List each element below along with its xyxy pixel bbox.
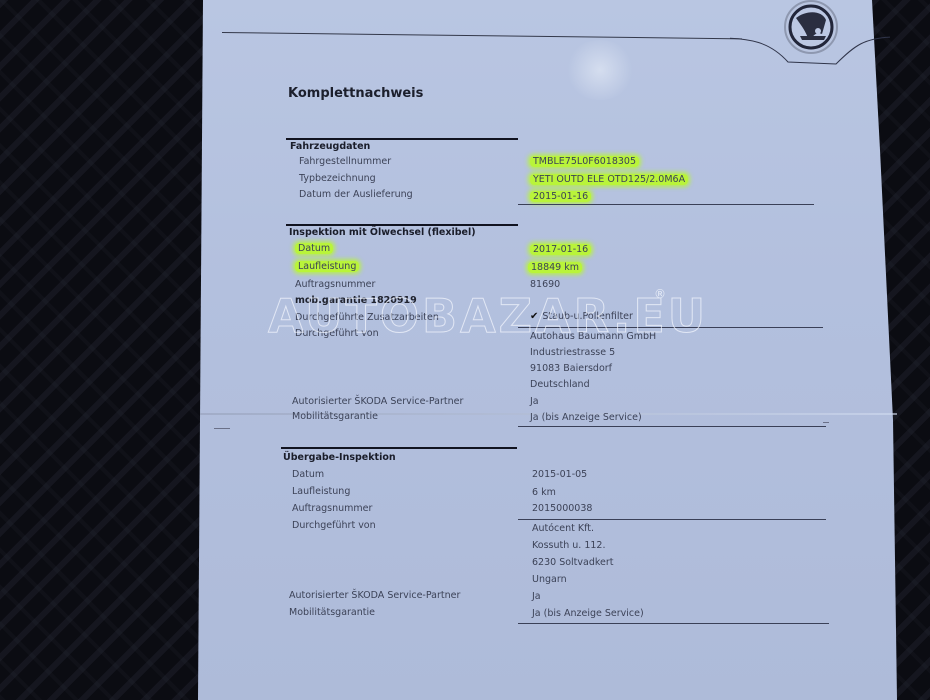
section-heading-vehicle: Fahrzeugdaten: [290, 141, 370, 152]
section-heading-handover: Übergabe-Inspektion: [283, 452, 396, 463]
section-rule: [286, 224, 518, 226]
label-handover-mobility: Mobilitätsgarantie: [289, 607, 375, 618]
handover-dealer-country: Ungarn: [532, 574, 567, 585]
value-rule: [518, 623, 829, 624]
value-type: YETI OUTD ELE OTD125/2.0M6A: [530, 174, 688, 185]
label-authorized-partner: Autorisierter ŠKODA Service-Partner: [292, 396, 463, 407]
value-authorized-partner: Ja: [530, 396, 539, 407]
dealer-street: Industriestrasse 5: [530, 347, 615, 358]
autobazar-watermark: AUTOBAZAR.EU: [268, 289, 708, 343]
skoda-logo-icon: [730, 0, 890, 70]
dealer-country: Deutschland: [530, 379, 590, 390]
dealer-city: 91083 Baiersdorf: [530, 363, 612, 374]
handover-dealer-street: Kossuth u. 112.: [532, 540, 605, 551]
value-handover-mileage: 6 km: [532, 487, 556, 498]
value-rule: [518, 426, 826, 427]
document-page: [0, 0, 930, 700]
document-title: Komplettnachweis: [288, 86, 423, 101]
label-handover-date: Datum: [292, 469, 324, 480]
label-delivery-date: Datum der Auslieferung: [299, 189, 413, 200]
label-handover-performed-by: Durchgeführt von: [292, 520, 376, 531]
registered-mark-icon: ®: [654, 287, 666, 301]
value-inspection-date: 2017-01-16: [530, 244, 591, 255]
label-inspection-date: Datum: [295, 243, 333, 254]
handover-dealer-city: 6230 Soltvadkert: [532, 557, 614, 568]
value-handover-date: 2015-01-05: [532, 469, 587, 480]
value-handover-mobility: Ja (bis Anzeige Service): [532, 608, 644, 619]
value-delivery-date: 2015-01-16: [530, 191, 591, 202]
section-heading-inspection: Inspektion mit Ölwechsel (flexibel): [289, 227, 476, 238]
label-handover-authorized-partner: Autorisierter ŠKODA Service-Partner: [289, 590, 460, 601]
section-rule: [286, 138, 518, 140]
margin-tick: [214, 428, 230, 429]
label-mobility-guarantee: Mobilitätsgarantie: [292, 411, 378, 422]
value-mobility-guarantee: Ja (bis Anzeige Service): [530, 412, 642, 423]
value-handover-authorized-partner: Ja: [532, 591, 541, 602]
label-vin: Fahrgestellnummer: [299, 156, 391, 167]
value-rule: [518, 519, 826, 520]
value-inspection-mileage: 18849 km: [528, 262, 582, 273]
section-rule: [281, 447, 517, 449]
value-vin: TMBLE75L0F6018305: [530, 156, 639, 167]
label-handover-mileage: Laufleistung: [292, 486, 350, 497]
label-inspection-mileage: Laufleistung: [295, 261, 359, 272]
paper-smudge: [565, 40, 635, 100]
label-handover-order: Auftragsnummer: [292, 503, 372, 514]
margin-tick: [823, 422, 829, 423]
handover-dealer-name: Autócent Kft.: [532, 523, 594, 534]
label-type: Typbezeichnung: [299, 173, 376, 184]
value-rule: [518, 204, 814, 205]
value-handover-order: 2015000038: [532, 503, 592, 514]
